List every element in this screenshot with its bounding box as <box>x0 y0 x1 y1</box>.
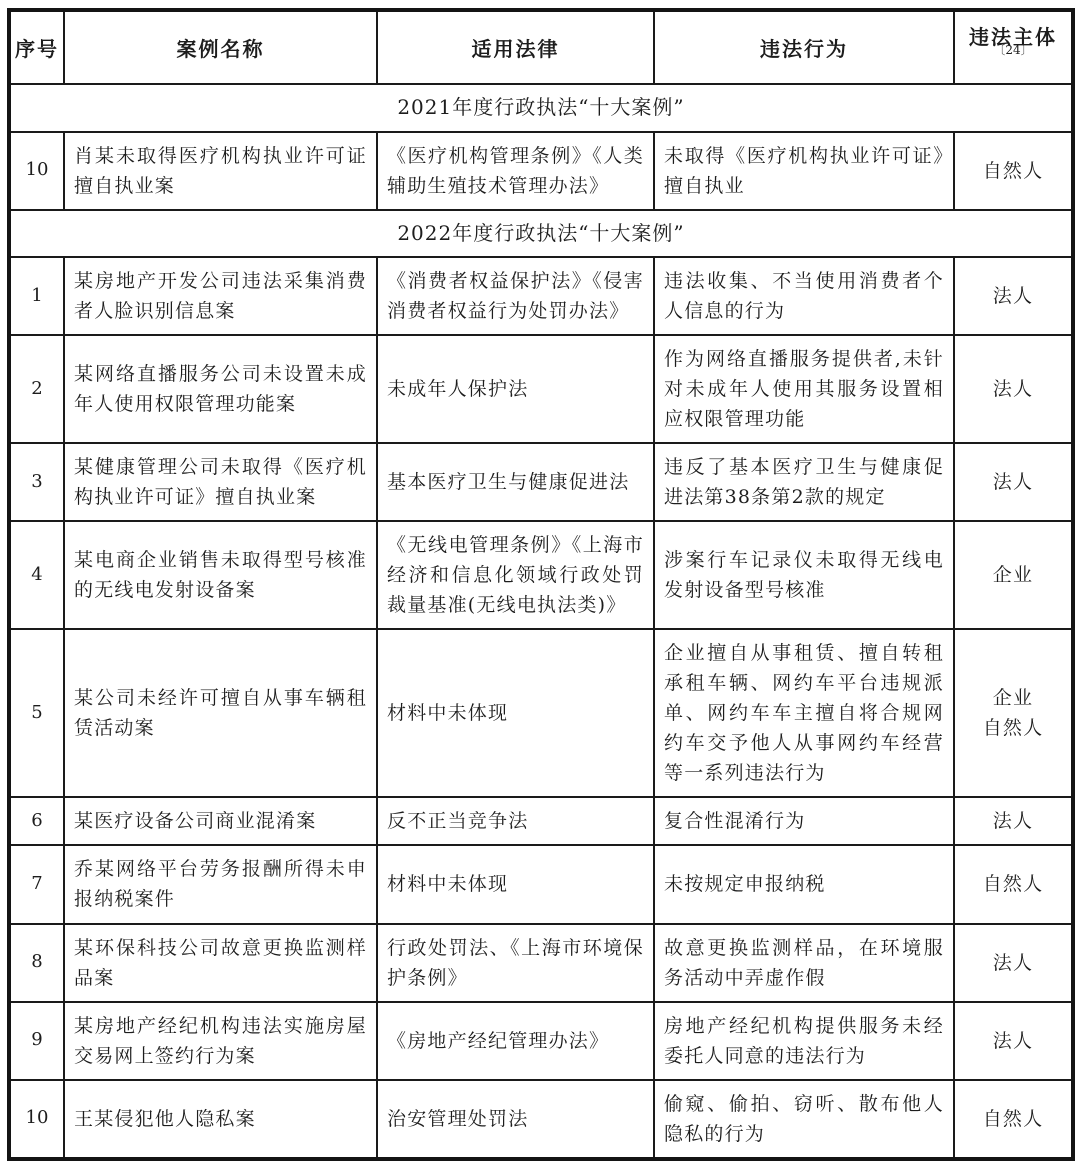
cell-subject: 企业 <box>954 521 1073 629</box>
cell-subject: 法人 <box>954 257 1073 335</box>
table-row: 10 王某侵犯他人隐私案 治安管理处罚法 偷窥、偷拍、窃听、散布他人隐私的行为 … <box>9 1080 1073 1159</box>
cell-law: 治安管理处罚法 <box>377 1080 654 1159</box>
cell-no: 7 <box>9 845 64 923</box>
cell-subject: 企业 自然人 <box>954 629 1073 797</box>
table-header-row: 序号 案例名称 适用法律 违法行为 违法主体〔24〕 <box>9 10 1073 84</box>
column-header-subject: 违法主体〔24〕 <box>954 10 1073 84</box>
cell-behavior: 故意更换监测样品，在环境服务活动中弄虚作假 <box>654 924 954 1002</box>
table-row: 4 某电商企业销售未取得型号核准的无线电发射设备案 《无线电管理条例》《上海市经… <box>9 521 1073 629</box>
cell-case-name: 王某侵犯他人隐私案 <box>64 1080 377 1159</box>
cell-no: 1 <box>9 257 64 335</box>
cell-behavior: 涉案行车记录仪未取得无线电发射设备型号核准 <box>654 521 954 629</box>
cell-behavior: 违反了基本医疗卫生与健康促进法第38条第2款的规定 <box>654 443 954 521</box>
column-header-law: 适用法律 <box>377 10 654 84</box>
cell-subject: 法人 <box>954 443 1073 521</box>
cell-behavior: 复合性混淆行为 <box>654 797 954 845</box>
cell-law: 材料中未体现 <box>377 845 654 923</box>
table-row: 8 某环保科技公司故意更换监测样品案 行政处罚法、《上海市环境保护条例》 故意更… <box>9 924 1073 1002</box>
column-header-behavior: 违法行为 <box>654 10 954 84</box>
cell-law: 反不正当竞争法 <box>377 797 654 845</box>
table-row: 6 某医疗设备公司商业混淆案 反不正当竞争法 复合性混淆行为 法人 <box>9 797 1073 845</box>
table-row: 9 某房地产经纪机构违法实施房屋交易网上签约行为案 《房地产经纪管理办法》 房地… <box>9 1002 1073 1080</box>
table-row: 7 乔某网络平台劳务报酬所得未申报纳税案件 材料中未体现 未按规定申报纳税 自然… <box>9 845 1073 923</box>
cell-subject: 法人 <box>954 924 1073 1002</box>
cell-behavior: 企业擅自从事租赁、擅自转租承租车辆、网约车平台违规派单、网约车车主擅自将合规网约… <box>654 629 954 797</box>
footnote-marker: 〔24〕 <box>993 43 1032 57</box>
cell-no: 10 <box>9 1080 64 1159</box>
cell-case-name: 肖某未取得医疗机构执业许可证擅自执业案 <box>64 132 377 210</box>
cell-law: 材料中未体现 <box>377 629 654 797</box>
cell-subject: 法人 <box>954 797 1073 845</box>
column-header-case-name: 案例名称 <box>64 10 377 84</box>
cell-no: 5 <box>9 629 64 797</box>
cell-no: 4 <box>9 521 64 629</box>
table-row: 3 某健康管理公司未取得《医疗机构执业许可证》擅自执业案 基本医疗卫生与健康促进… <box>9 443 1073 521</box>
section-title: 2021年度行政执法“十大案例” <box>9 84 1073 132</box>
cell-subject: 自然人 <box>954 1080 1073 1159</box>
cell-no: 3 <box>9 443 64 521</box>
cell-law: 《无线电管理条例》《上海市经济和信息化领域行政处罚裁量基准(无线电执法类)》 <box>377 521 654 629</box>
cell-no: 10 <box>9 132 64 210</box>
cell-behavior: 未取得《医疗机构执业许可证》擅自执业 <box>654 132 954 210</box>
cell-case-name: 某房地产开发公司违法采集消费者人脸识别信息案 <box>64 257 377 335</box>
cell-subject: 法人 <box>954 1002 1073 1080</box>
cell-behavior: 偷窥、偷拍、窃听、散布他人隐私的行为 <box>654 1080 954 1159</box>
table-row: 5 某公司未经许可擅自从事车辆租赁活动案 材料中未体现 企业擅自从事租赁、擅自转… <box>9 629 1073 797</box>
table-row: 1 某房地产开发公司违法采集消费者人脸识别信息案 《消费者权益保护法》《侵害消费… <box>9 257 1073 335</box>
document-page: 序号 案例名称 适用法律 违法行为 违法主体〔24〕 2021年度行政执法“十大… <box>0 0 1080 1022</box>
cell-subject: 自然人 <box>954 845 1073 923</box>
cell-law: 行政处罚法、《上海市环境保护条例》 <box>377 924 654 1002</box>
cell-law: 基本医疗卫生与健康促进法 <box>377 443 654 521</box>
cell-subject: 法人 <box>954 335 1073 443</box>
cell-behavior: 违法收集、不当使用消费者个人信息的行为 <box>654 257 954 335</box>
cell-behavior: 作为网络直播服务提供者,未针对未成年人使用其服务设置相应权限管理功能 <box>654 335 954 443</box>
cell-case-name: 某医疗设备公司商业混淆案 <box>64 797 377 845</box>
section-header-row: 2021年度行政执法“十大案例” <box>9 84 1073 132</box>
table-row: 10 肖某未取得医疗机构执业许可证擅自执业案 《医疗机构管理条例》《人类辅助生殖… <box>9 132 1073 210</box>
cell-case-name: 某房地产经纪机构违法实施房屋交易网上签约行为案 <box>64 1002 377 1080</box>
cell-law: 《医疗机构管理条例》《人类辅助生殖技术管理办法》 <box>377 132 654 210</box>
cell-no: 8 <box>9 924 64 1002</box>
cell-law: 《消费者权益保护法》《侵害消费者权益行为处罚办法》 <box>377 257 654 335</box>
cell-no: 6 <box>9 797 64 845</box>
cell-law: 未成年人保护法 <box>377 335 654 443</box>
cell-no: 9 <box>9 1002 64 1080</box>
cell-case-name: 某公司未经许可擅自从事车辆租赁活动案 <box>64 629 377 797</box>
cell-case-name: 某电商企业销售未取得型号核准的无线电发射设备案 <box>64 521 377 629</box>
cell-case-name: 某环保科技公司故意更换监测样品案 <box>64 924 377 1002</box>
section-title: 2022年度行政执法“十大案例” <box>9 210 1073 258</box>
cell-case-name: 某网络直播服务公司未设置未成年人使用权限管理功能案 <box>64 335 377 443</box>
section-header-row: 2022年度行政执法“十大案例” <box>9 210 1073 258</box>
cell-subject: 自然人 <box>954 132 1073 210</box>
cell-behavior: 未按规定申报纳税 <box>654 845 954 923</box>
cell-case-name: 某健康管理公司未取得《医疗机构执业许可证》擅自执业案 <box>64 443 377 521</box>
cell-behavior: 房地产经纪机构提供服务未经委托人同意的违法行为 <box>654 1002 954 1080</box>
cell-no: 2 <box>9 335 64 443</box>
cell-case-name: 乔某网络平台劳务报酬所得未申报纳税案件 <box>64 845 377 923</box>
enforcement-cases-table: 序号 案例名称 适用法律 违法行为 违法主体〔24〕 2021年度行政执法“十大… <box>7 8 1075 1161</box>
column-header-no: 序号 <box>9 10 64 84</box>
cell-law: 《房地产经纪管理办法》 <box>377 1002 654 1080</box>
table-row: 2 某网络直播服务公司未设置未成年人使用权限管理功能案 未成年人保护法 作为网络… <box>9 335 1073 443</box>
